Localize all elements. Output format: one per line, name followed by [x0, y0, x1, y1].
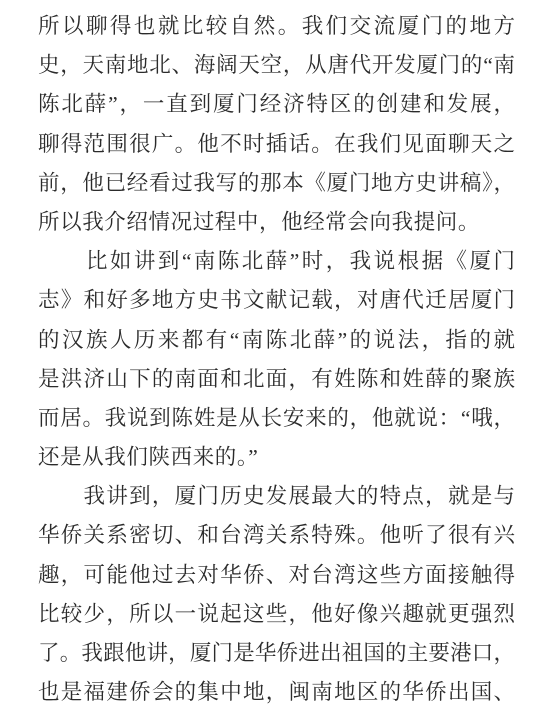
text-line: 志》和好多地方史书文献记载，对唐代迁居厦门: [38, 281, 515, 320]
text-line: 也是福建侨会的集中地，闽南地区的华侨出国、: [38, 673, 515, 712]
text-line: 了。我跟他讲，厦门是华侨进出祖国的主要港口，: [38, 634, 515, 673]
text-line: 的汉族人历来都有“南陈北薛”的说法，指的就: [38, 321, 515, 360]
text-line: 史，天南地北、海阔天空，从唐代开发厦门的“南: [38, 46, 515, 85]
document-page: 所以聊得也就比较自然。我们交流厦门的地方 史，天南地北、海阔天空，从唐代开发厦门…: [0, 0, 553, 717]
text-line: 陈北薛”，一直到厦门经济特区的创建和发展，: [38, 85, 515, 124]
text-line: 趣，可能他过去对华侨、对台湾这些方面接触得: [38, 556, 515, 595]
text-line: 而居。我说到陈姓是从长安来的，他就说：“哦，: [38, 399, 515, 438]
text-line: 比较少，所以一说起这些，他好像兴趣就更强烈: [38, 595, 515, 634]
text-line: 前，他已经看过我写的那本《厦门地方史讲稿》，: [38, 164, 515, 203]
text-line: 所以聊得也就比较自然。我们交流厦门的地方: [38, 7, 515, 46]
text-line: 是洪济山下的南面和北面，有姓陈和姓薛的聚族: [38, 360, 515, 399]
text-line: 所以我介绍情况过程中，他经常会向我提问。: [38, 203, 515, 242]
text-line: 华侨关系密切、和台湾关系特殊。他听了很有兴: [38, 516, 515, 555]
text-line: 我讲到，厦门历史发展最大的特点，就是与: [38, 477, 515, 516]
text-line: 比如讲到“南陈北薛”时，我说根据《厦门: [38, 242, 515, 281]
text-line: 还是从我们陕西来的。”: [38, 438, 515, 477]
text-line: 聊得范围很广。他不时插话。在我们见面聊天之: [38, 125, 515, 164]
